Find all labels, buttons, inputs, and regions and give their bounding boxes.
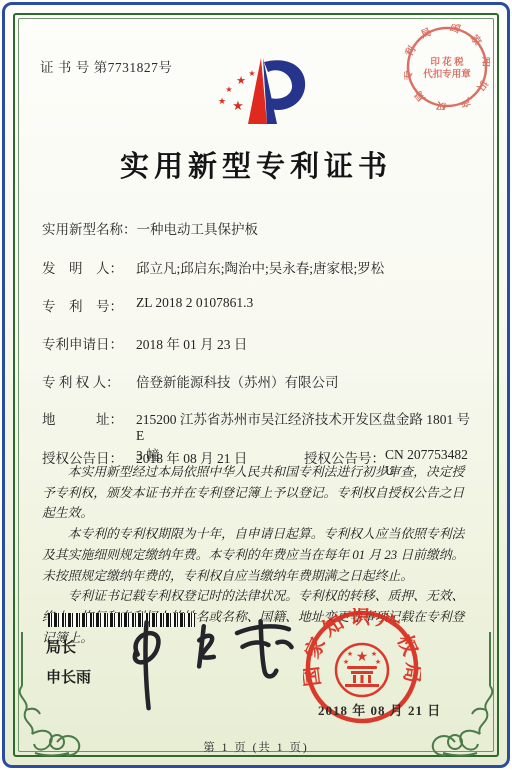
svg-text:★: ★ (375, 658, 381, 666)
corner-stamp-line2: 代扣专用章 (423, 68, 471, 80)
legal-paragraph-1: 本实用新型经过本局依照中华人民共和国专利法进行初步审查，决定授予专利权，颁发本证… (42, 462, 476, 524)
certificate-number: 证 书 号 第7731827号 (40, 56, 172, 76)
svg-text:★: ★ (236, 75, 246, 87)
svg-text:★: ★ (343, 658, 349, 666)
seal-date: 2018 年 08 月 21 日 (318, 700, 441, 719)
field-label: 专 利 号： (42, 295, 136, 315)
field-label: 专利申请日： (42, 333, 136, 353)
field-label: 发 明 人： (42, 257, 136, 277)
field-utility-model-name: 实用新型名称： 一种电动工具保护板 (42, 218, 478, 238)
field-patentee: 专 利 权 人： 倍登新能源科技（苏州）有限公司 (42, 371, 478, 391)
field-inventors: 发 明 人： 邱立凡;邱启东;陶治中;吴永春;唐家根;罗松 (42, 257, 478, 277)
certificate-number-value: 第7731827号 (94, 60, 173, 75)
certificate-title: 实用新型专利证书 (0, 144, 512, 185)
stamp-duty-round-stamp-icon: 国家知识产权局专利局 印 花 税 代扣专用章 (404, 24, 490, 110)
corner-stamp-line1: 印 花 税 (430, 56, 464, 68)
svg-text:★: ★ (371, 650, 377, 658)
svg-text:★: ★ (232, 98, 244, 113)
page-footer: 第 1 页 (共 1 页) (0, 739, 512, 755)
field-value: 2018 年 01 月 23 日 (136, 333, 478, 353)
cnipa-patent-p-logo-icon: ★ ★ ★ ★ ★ (204, 54, 310, 130)
field-label: 专 利 权 人： (42, 371, 136, 391)
field-value: 邱立凡;邱启东;陶治中;吴永春;唐家根;罗松 (136, 257, 478, 277)
svg-text:★: ★ (356, 650, 369, 665)
national-emblem-icon: ★ ★ ★ ★ ★ (336, 644, 388, 696)
svg-text:★: ★ (347, 650, 353, 658)
svg-text:★: ★ (248, 69, 255, 78)
director-signature-icon (110, 609, 309, 716)
field-value: ZL 2018 2 0107861.3 (136, 295, 478, 311)
field-label: 实用新型名称： (42, 218, 137, 238)
svg-text:★: ★ (225, 85, 232, 94)
field-patent-number: 专 利 号： ZL 2018 2 0107861.3 (42, 295, 478, 315)
patent-certificate-page: 证 书 号 第7731827号 ★ ★ ★ ★ ★ 国家知识产权局专利局 印 花… (0, 0, 512, 770)
svg-text:★: ★ (218, 96, 226, 106)
certificate-number-label: 证 书 号 (40, 60, 90, 75)
legal-paragraph-2: 本专利的专利权期限为十年，自申请日起算。专利权人应当依照专利法及其实施细则规定缴… (42, 524, 476, 586)
field-application-date: 专利申请日： 2018 年 01 月 23 日 (42, 333, 478, 353)
field-value: 倍登新能源科技（苏州）有限公司 (136, 371, 478, 391)
field-value: 一种电动工具保护板 (137, 218, 479, 238)
field-label: 地 址： (42, 408, 136, 428)
